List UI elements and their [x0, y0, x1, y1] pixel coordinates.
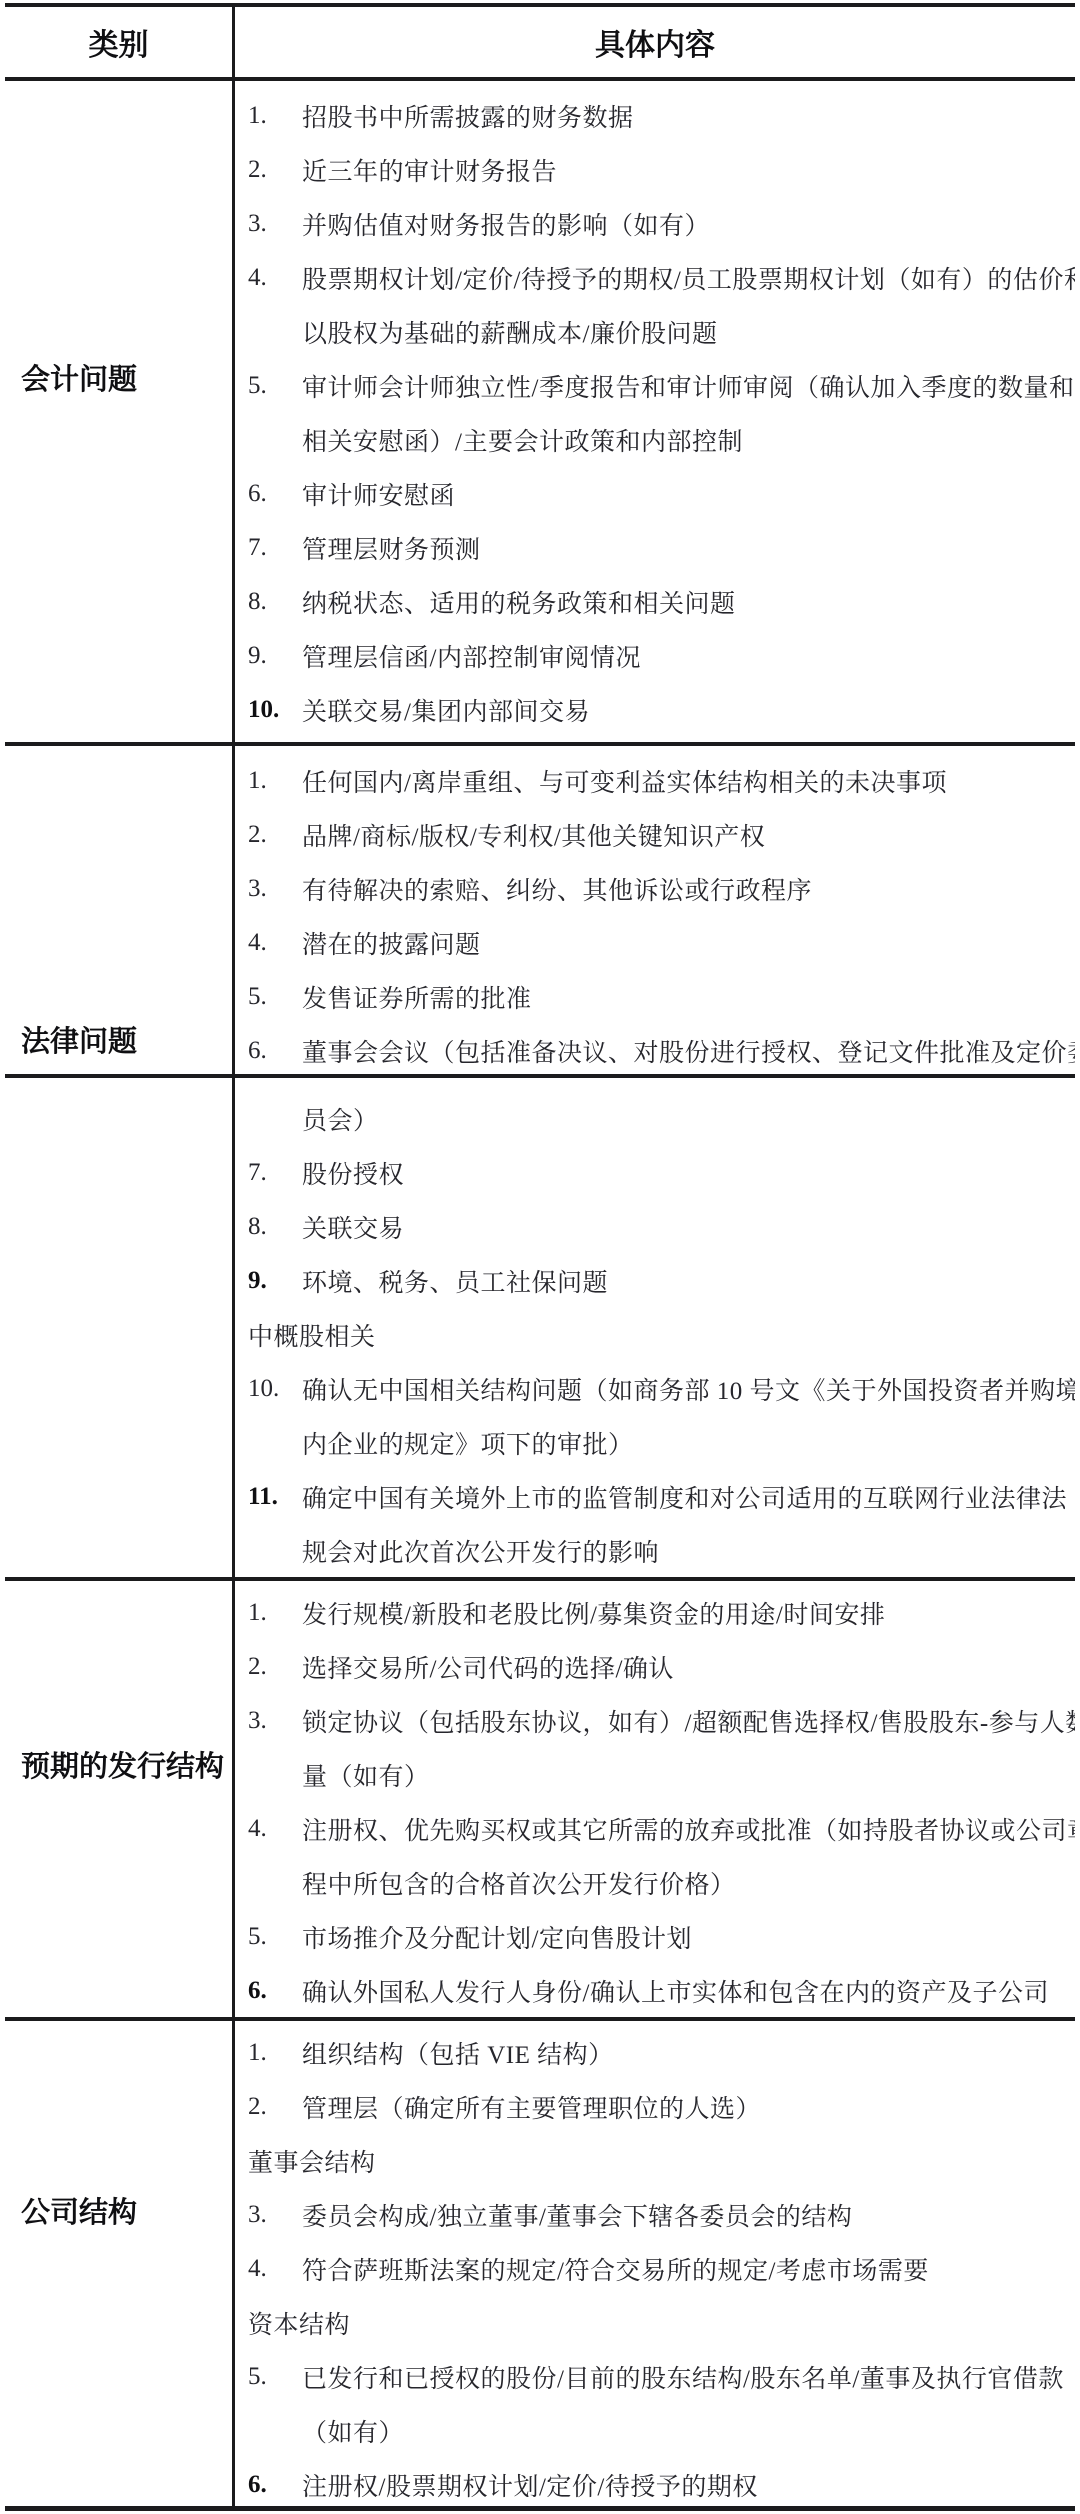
column-header-content: 具体内容	[235, 7, 1075, 77]
item-text: 员会）	[302, 1101, 379, 1137]
item-number: 6.	[248, 480, 302, 508]
item-text: 股份授权	[302, 1155, 404, 1191]
category-label: 公司结构	[5, 2193, 137, 2233]
text-line: 6.董事会会议（包括准备决议、对股份进行授权、登记文件批准及定价委	[248, 1024, 1075, 1074]
item-text: 潜在的披露问题	[302, 925, 481, 961]
category-label: 预期的发行结构	[5, 1747, 224, 1787]
text-line: 5.发售证券所需的批准	[248, 970, 1075, 1024]
item-text: 审计师安慰函	[302, 476, 455, 512]
item-text: 规会对此次首次公开发行的影响	[302, 1533, 659, 1569]
item-text: 环境、税务、员工社保问题	[302, 1263, 608, 1299]
list-item: 3.并购估值对财务报告的影响（如有）	[248, 197, 1075, 251]
item-text: 符合萨班斯法案的规定/符合交易所的规定/考虑市场需要	[302, 2251, 929, 2287]
list-item: 3.有待解决的索赔、纠纷、其他诉讼或行政程序	[248, 862, 1075, 916]
list-item: 1.招股书中所需披露的财务数据	[248, 89, 1075, 143]
item-number: 4.	[248, 264, 302, 292]
item-text: 组织结构（包括 VIE 结构）	[302, 2035, 614, 2071]
item-number: 3.	[248, 2201, 302, 2229]
text-line: 量（如有）	[248, 1748, 1075, 1802]
text-line: 中概股相关	[248, 1308, 1075, 1362]
item-number: 8.	[248, 588, 302, 616]
item-text: 股票期权计划/定价/待授予的期权/员工股票期权计划（如有）的估价和	[302, 260, 1075, 296]
item-text: 管理层信函/内部控制审阅情况	[302, 638, 641, 674]
sub-header: 董事会结构	[248, 2134, 1075, 2188]
text-line: 3.委员会构成/独立董事/董事会下辖各委员会的结构	[248, 2188, 1075, 2242]
table-row-structure: 公司结构1.组织结构（包括 VIE 结构）2.管理层（确定所有主要管理职位的人选…	[5, 2021, 1075, 2506]
text-line: 员会）	[248, 1092, 1075, 1146]
item-text: 已发行和已授权的股份/目前的股东结构/股东名单/董事及执行官借款	[302, 2359, 1064, 2395]
category-label: 法律问题	[5, 1022, 137, 1062]
item-number: 3.	[248, 1707, 302, 1735]
text-line: 4.潜在的披露问题	[248, 916, 1075, 970]
content-cell: 1.任何国内/离岸重组、与可变利益实体结构相关的未决事项2.品牌/商标/版权/专…	[235, 746, 1075, 1074]
list-item: 4.符合萨班斯法案的规定/符合交易所的规定/考虑市场需要	[248, 2242, 1075, 2296]
item-number: 4.	[248, 929, 302, 957]
table-row-accounting: 会计问题1.招股书中所需披露的财务数据2.近三年的审计财务报告3.并购估值对财务…	[5, 81, 1075, 746]
text-line: 资本结构	[248, 2296, 1075, 2350]
sub-header: 中概股相关	[248, 1308, 1075, 1362]
item-text: 选择交易所/公司代码的选择/确认	[302, 1649, 674, 1685]
item-number: 2.	[248, 156, 302, 184]
item-number: 1.	[248, 102, 302, 130]
list-item: 10.确认无中国相关结构问题（如商务部 10 号文《关于外国投资者并购境内企业的…	[248, 1362, 1075, 1470]
list-item: 5.发售证券所需的批准	[248, 970, 1075, 1024]
list-item: 1.发行规模/新股和老股比例/募集资金的用途/时间安排	[248, 1586, 1075, 1640]
list-item: 5.市场推介及分配计划/定向售股计划	[248, 1910, 1075, 1964]
table-row-legal-part2: 员会）7.股份授权8.关联交易9.环境、税务、员工社保问题中概股相关10.确认无…	[5, 1078, 1075, 1581]
text-line: 9.管理层信函/内部控制审阅情况	[248, 629, 1075, 683]
item-text: 程中所包含的合格首次公开发行价格）	[302, 1865, 736, 1901]
item-text: 内企业的规定》项下的审批）	[302, 1425, 634, 1461]
list-item: 10.关联交易/集团内部间交易	[248, 683, 1075, 737]
item-number: 9.	[248, 1267, 302, 1295]
text-line: 董事会结构	[248, 2134, 1075, 2188]
continuation-line: 员会）	[248, 1092, 1075, 1146]
text-line: 10.确认无中国相关结构问题（如商务部 10 号文《关于外国投资者并购境	[248, 1362, 1075, 1416]
item-text: 量（如有）	[302, 1757, 430, 1793]
item-text: 确认外国私人发行人身份/确认上市实体和包含在内的资产及子公司	[302, 1973, 1049, 2009]
text-line: 5.已发行和已授权的股份/目前的股东结构/股东名单/董事及执行官借款	[248, 2350, 1075, 2404]
text-line: 规会对此次首次公开发行的影响	[248, 1524, 1075, 1577]
text-line: 1.发行规模/新股和老股比例/募集资金的用途/时间安排	[248, 1586, 1075, 1640]
item-number: 10.	[248, 1375, 302, 1403]
item-text: 注册权、优先购买权或其它所需的放弃或批准（如持股者协议或公司章	[302, 1811, 1075, 1847]
text-line: 2.选择交易所/公司代码的选择/确认	[248, 1640, 1075, 1694]
list-item: 7.管理层财务预测	[248, 521, 1075, 575]
text-line: 6.审计师安慰函	[248, 467, 1075, 521]
item-number: 11.	[248, 1483, 302, 1511]
item-number: 10.	[248, 696, 302, 724]
item-number: 4.	[248, 2255, 302, 2283]
item-number: 6.	[248, 1977, 302, 2005]
list-item: 1.组织结构（包括 VIE 结构）	[248, 2026, 1075, 2080]
item-number: 2.	[248, 1653, 302, 1681]
item-number: 4.	[248, 1815, 302, 1843]
text-line: 4.符合萨班斯法案的规定/符合交易所的规定/考虑市场需要	[248, 2242, 1075, 2296]
list-item: 9.环境、税务、员工社保问题	[248, 1254, 1075, 1308]
item-text: 市场推介及分配计划/定向售股计划	[302, 1919, 692, 1955]
text-line: 9.环境、税务、员工社保问题	[248, 1254, 1075, 1308]
text-line: 相关安慰函）/主要会计政策和内部控制	[248, 413, 1075, 467]
text-line: 6.注册权/股票期权计划/定价/待授予的期权	[248, 2458, 1075, 2506]
text-line: 3.并购估值对财务报告的影响（如有）	[248, 197, 1075, 251]
content-cell: 1.招股书中所需披露的财务数据2.近三年的审计财务报告3.并购估值对财务报告的影…	[235, 81, 1075, 742]
text-line: 3.锁定协议（包括股东协议，如有）/超额配售选择权/售股股东-参与人数	[248, 1694, 1075, 1748]
content-cell: 1.发行规模/新股和老股比例/募集资金的用途/时间安排2.选择交易所/公司代码的…	[235, 1581, 1075, 2017]
item-text: 资本结构	[248, 2305, 350, 2341]
item-text: 锁定协议（包括股东协议，如有）/超额配售选择权/售股股东-参与人数	[302, 1703, 1075, 1739]
item-text: 中概股相关	[248, 1317, 376, 1353]
text-line: 7.管理层财务预测	[248, 521, 1075, 575]
list-item: 11.确定中国有关境外上市的监管制度和对公司适用的互联网行业法律法规会对此次首次…	[248, 1470, 1075, 1577]
item-number: 6.	[248, 2471, 302, 2499]
category-cell: 法律问题	[5, 746, 235, 1074]
item-text: （如有）	[302, 2413, 404, 2449]
table-row-legal-part1: 法律问题1.任何国内/离岸重组、与可变利益实体结构相关的未决事项2.品牌/商标/…	[5, 746, 1075, 1078]
item-number: 1.	[248, 1599, 302, 1627]
item-text: 注册权/股票期权计划/定价/待授予的期权	[302, 2467, 758, 2503]
text-line: 1.组织结构（包括 VIE 结构）	[248, 2026, 1075, 2080]
text-line: 4.注册权、优先购买权或其它所需的放弃或批准（如持股者协议或公司章	[248, 1802, 1075, 1856]
item-text: 并购估值对财务报告的影响（如有）	[302, 206, 710, 242]
text-line: 程中所包含的合格首次公开发行价格）	[248, 1856, 1075, 1910]
list-item: 4.注册权、优先购买权或其它所需的放弃或批准（如持股者协议或公司章程中所包含的合…	[248, 1802, 1075, 1910]
item-text: 管理层财务预测	[302, 530, 481, 566]
category-cell: 预期的发行结构	[5, 1581, 235, 2017]
item-number: 5.	[248, 983, 302, 1011]
text-line: 10.关联交易/集团内部间交易	[248, 683, 1075, 737]
item-number: 2.	[248, 2093, 302, 2121]
text-line: 6.确认外国私人发行人身份/确认上市实体和包含在内的资产及子公司	[248, 1964, 1075, 2017]
item-text: 任何国内/离岸重组、与可变利益实体结构相关的未决事项	[302, 763, 947, 799]
list-item: 8.关联交易	[248, 1200, 1075, 1254]
item-text: 关联交易/集团内部间交易	[302, 692, 590, 728]
list-item: 4.潜在的披露问题	[248, 916, 1075, 970]
item-number: 3.	[248, 210, 302, 238]
table-row-offering: 预期的发行结构1.发行规模/新股和老股比例/募集资金的用途/时间安排2.选择交易…	[5, 1581, 1075, 2021]
list-item: 7.股份授权	[248, 1146, 1075, 1200]
item-number: 7.	[248, 1159, 302, 1187]
list-item: 2.管理层（确定所有主要管理职位的人选）	[248, 2080, 1075, 2134]
item-text: 确定中国有关境外上市的监管制度和对公司适用的互联网行业法律法	[302, 1479, 1067, 1515]
table-header-row: 类别 具体内容	[5, 7, 1075, 81]
text-line: 以股权为基础的薪酬成本/廉价股问题	[248, 305, 1075, 359]
text-line: 11.确定中国有关境外上市的监管制度和对公司适用的互联网行业法律法	[248, 1470, 1075, 1524]
list-item: 4.股票期权计划/定价/待授予的期权/员工股票期权计划（如有）的估价和以股权为基…	[248, 251, 1075, 359]
text-line: 3.有待解决的索赔、纠纷、其他诉讼或行政程序	[248, 862, 1075, 916]
item-number: 8.	[248, 1213, 302, 1241]
item-text: 董事会结构	[248, 2143, 376, 2179]
item-text: 招股书中所需披露的财务数据	[302, 98, 634, 134]
list-item: 3.锁定协议（包括股东协议，如有）/超额配售选择权/售股股东-参与人数量（如有）	[248, 1694, 1075, 1802]
list-item: 9.管理层信函/内部控制审阅情况	[248, 629, 1075, 683]
due-diligence-table: 类别 具体内容 会计问题1.招股书中所需披露的财务数据2.近三年的审计财务报告3…	[5, 3, 1075, 2511]
item-text: 委员会构成/独立董事/董事会下辖各委员会的结构	[302, 2197, 852, 2233]
item-number: 9.	[248, 642, 302, 670]
item-text: 关联交易	[302, 1209, 404, 1245]
text-line: 内企业的规定》项下的审批）	[248, 1416, 1075, 1470]
sub-header: 资本结构	[248, 2296, 1075, 2350]
text-line: 1.任何国内/离岸重组、与可变利益实体结构相关的未决事项	[248, 754, 1075, 808]
item-number: 6.	[248, 1037, 302, 1065]
list-item: 2.近三年的审计财务报告	[248, 143, 1075, 197]
item-text: 以股权为基础的薪酬成本/廉价股问题	[302, 314, 717, 350]
item-number: 5.	[248, 1923, 302, 1951]
list-item: 3.委员会构成/独立董事/董事会下辖各委员会的结构	[248, 2188, 1075, 2242]
item-text: 发售证券所需的批准	[302, 979, 532, 1015]
item-text: 品牌/商标/版权/专利权/其他关键知识产权	[302, 817, 765, 853]
text-line: 1.招股书中所需披露的财务数据	[248, 89, 1075, 143]
list-item: 6.注册权/股票期权计划/定价/待授予的期权	[248, 2458, 1075, 2506]
text-line: （如有）	[248, 2404, 1075, 2458]
item-text: 有待解决的索赔、纠纷、其他诉讼或行政程序	[302, 871, 812, 907]
column-header-category: 类别	[5, 7, 235, 77]
list-item: 6.确认外国私人发行人身份/确认上市实体和包含在内的资产及子公司	[248, 1964, 1075, 2017]
item-number: 1.	[248, 767, 302, 795]
item-text: 确认无中国相关结构问题（如商务部 10 号文《关于外国投资者并购境	[302, 1371, 1075, 1407]
item-number: 2.	[248, 821, 302, 849]
category-cell: 会计问题	[5, 81, 235, 742]
text-line: 5.审计师会计师独立性/季度报告和审计师审阅（确认加入季度的数量和	[248, 359, 1075, 413]
item-number: 1.	[248, 2039, 302, 2067]
table-body: 会计问题1.招股书中所需披露的财务数据2.近三年的审计财务报告3.并购估值对财务…	[5, 81, 1075, 2506]
text-line: 4.股票期权计划/定价/待授予的期权/员工股票期权计划（如有）的估价和	[248, 251, 1075, 305]
item-number: 3.	[248, 875, 302, 903]
item-number: 7.	[248, 534, 302, 562]
category-cell: 公司结构	[5, 2021, 235, 2506]
item-number: 5.	[248, 2363, 302, 2391]
list-item: 8.纳税状态、适用的税务政策和相关问题	[248, 575, 1075, 629]
text-line: 8.关联交易	[248, 1200, 1075, 1254]
list-item: 6.审计师安慰函	[248, 467, 1075, 521]
content-cell: 1.组织结构（包括 VIE 结构）2.管理层（确定所有主要管理职位的人选）董事会…	[235, 2021, 1075, 2506]
content-cell: 员会）7.股份授权8.关联交易9.环境、税务、员工社保问题中概股相关10.确认无…	[235, 1078, 1075, 1577]
text-line: 7.股份授权	[248, 1146, 1075, 1200]
item-text: 相关安慰函）/主要会计政策和内部控制	[302, 422, 743, 458]
list-item: 2.选择交易所/公司代码的选择/确认	[248, 1640, 1075, 1694]
list-item: 5.已发行和已授权的股份/目前的股东结构/股东名单/董事及执行官借款（如有）	[248, 2350, 1075, 2458]
item-text: 董事会会议（包括准备决议、对股份进行授权、登记文件批准及定价委	[302, 1033, 1075, 1069]
list-item: 5.审计师会计师独立性/季度报告和审计师审阅（确认加入季度的数量和相关安慰函）/…	[248, 359, 1075, 467]
list-item: 6.董事会会议（包括准备决议、对股份进行授权、登记文件批准及定价委	[248, 1024, 1075, 1074]
list-item: 1.任何国内/离岸重组、与可变利益实体结构相关的未决事项	[248, 754, 1075, 808]
item-text: 纳税状态、适用的税务政策和相关问题	[302, 584, 736, 620]
text-line: 2.管理层（确定所有主要管理职位的人选）	[248, 2080, 1075, 2134]
category-cell	[5, 1078, 235, 1577]
list-item: 2.品牌/商标/版权/专利权/其他关键知识产权	[248, 808, 1075, 862]
text-line: 2.近三年的审计财务报告	[248, 143, 1075, 197]
text-line: 8.纳税状态、适用的税务政策和相关问题	[248, 575, 1075, 629]
text-line: 2.品牌/商标/版权/专利权/其他关键知识产权	[248, 808, 1075, 862]
category-label: 会计问题	[5, 360, 137, 400]
item-text: 发行规模/新股和老股比例/募集资金的用途/时间安排	[302, 1595, 885, 1631]
item-text: 近三年的审计财务报告	[302, 152, 557, 188]
item-text: 管理层（确定所有主要管理职位的人选）	[302, 2089, 761, 2125]
item-text: 审计师会计师独立性/季度报告和审计师审阅（确认加入季度的数量和	[302, 368, 1074, 404]
text-line: 5.市场推介及分配计划/定向售股计划	[248, 1910, 1075, 1964]
item-number: 5.	[248, 372, 302, 400]
